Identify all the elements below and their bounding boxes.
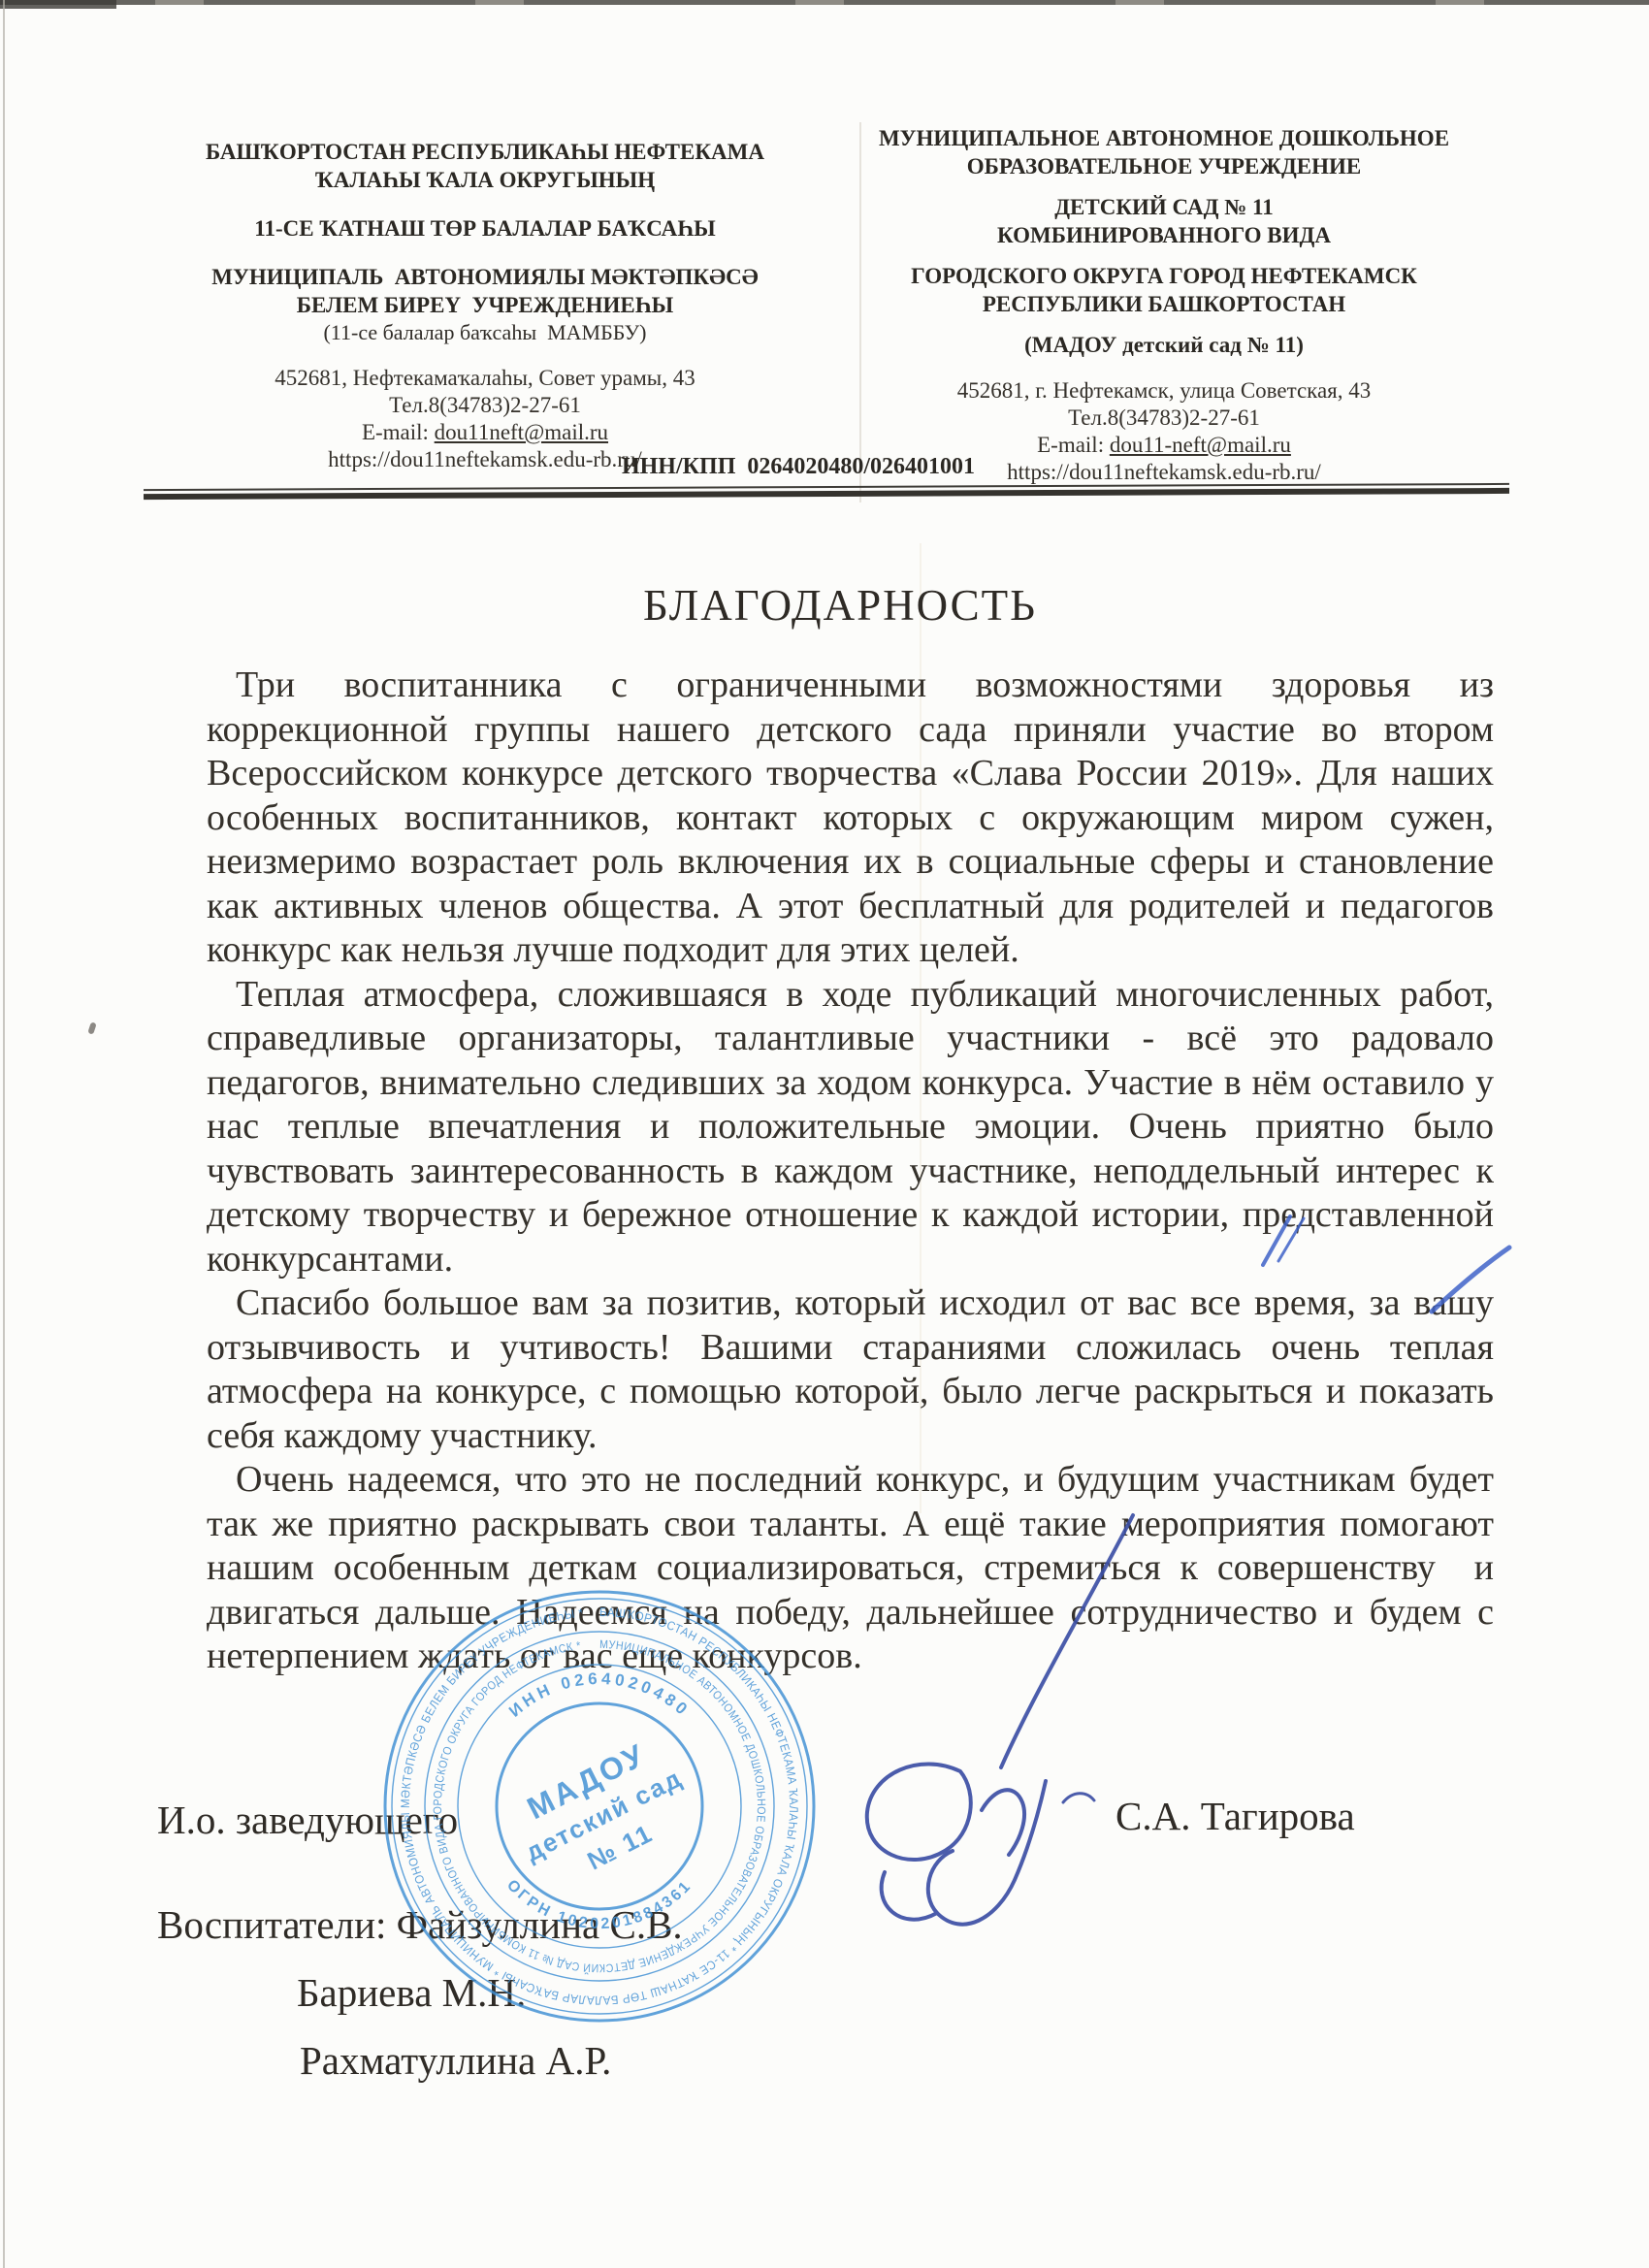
institution-name-bashkir-line: МУНИЦИПАЛЬ АВТОНОМИЯЛЫ МӘКТӘПКӘСӘ [165,263,805,291]
educator-name: Рахматуллина А.Р. [300,2037,611,2084]
scan-edge-top [0,0,1649,5]
email-label-left: E-mail: [362,420,435,444]
kindergarten-name-bashkir: 11-СЕ ҠАТНАШ ТӨР БАЛАЛАР БАҠСАҺЫ [165,214,805,243]
phone-right: Тел.8(34783)2-27-61 [844,405,1484,432]
body-paragraph: Спасибо большое вам за позитив, который … [207,1281,1494,1458]
letterhead-right-column: МУНИЦИПАЛЬНОЕ АВТОНОМНОЕ ДОШКОЛЬНОЕ ОБРА… [844,124,1484,486]
institution-name-bashkir-line: БЕЛЕМ БИРЕҮ УЧРЕЖДЕНИЕҺЫ [165,291,805,319]
official-round-stamp: БАШҠОРТОСТАН РЕСПУБЛИКАҺЫ НЕФТЕКАМА ҠАЛА… [376,1583,823,2029]
address-left: 452681, Нефтекамаҡалаһы, Совет урамы, 43 [165,365,805,392]
stamp-inn-text: ИНН 0264020480 [505,1669,694,1721]
phone-left: Тел.8(34783)2-27-61 [165,392,805,419]
letterhead-left-column: БАШҠОРТОСТАН РЕСПУБЛИКАҺЫ НЕФТЕКАМА ҠАЛА… [165,138,805,473]
kindergarten-type-line: КОМБИНИРОВАННОГО ВИДА [844,221,1484,249]
org-name-russian-line: ОБРАЗОВАТЕЛЬНОЕ УЧРЕЖДЕНИЕ [844,152,1484,180]
org-name-bashkir-line: ҠАЛАҺЫ ҠАЛА ОКРУГЫНЫҢ [165,166,805,194]
scan-edge-top-corner [0,0,116,9]
body-paragraph: Три воспитанника с ограниченными возможн… [207,664,1494,973]
city-district-line: ГОРОДСКОГО ОКРУГА ГОРОД НЕФТЕКАМСК [844,262,1484,290]
letterhead-divider-rule [144,483,1509,500]
email-address-left: dou11neft@mail.ru [435,420,608,444]
scan-speck [87,1021,96,1034]
org-name-russian-line: МУНИЦИПАЛЬНОЕ АВТОНОМНОЕ ДОШКОЛЬНОЕ [844,124,1484,152]
scan-edge-left [3,0,5,2268]
body-paragraph: Теплая атмосфера, сложившаяся в ходе пуб… [207,973,1494,1282]
republic-line: РЕСПУБЛИКИ БАШКОРТОСТАН [844,290,1484,318]
kindergarten-number-line: ДЕТСКИЙ САД № 11 [844,193,1484,221]
short-name-bashkir: (11-се балалар баҡсаһы МАМББУ) [165,319,805,346]
email-line-left: E-mail: dou11neft@mail.ru [165,419,805,446]
scanned-letter-page: БАШҠОРТОСТАН РЕСПУБЛИКАҺЫ НЕФТЕКАМА ҠАЛА… [0,0,1649,2268]
short-name-russian: (МАДОУ детский сад № 11) [844,331,1484,359]
letter-body: Три воспитанника с ограниченными возможн… [207,664,1494,1679]
org-name-bashkir-line: БАШҠОРТОСТАН РЕСПУБЛИКАҺЫ НЕФТЕКАМА [165,138,805,166]
stamp-center-text: МАДОУ детский сад № 11 [502,1727,704,1899]
address-right: 452681, г. Нефтекамск, улица Советская, … [844,377,1484,405]
inn-kpp-line: ИНН/КПП 0264020480/026401001 [0,454,1597,480]
signer-name: С.А. Тагирова [1115,1793,1355,1839]
document-title: БЛАГОДАРНОСТЬ [16,580,1649,631]
